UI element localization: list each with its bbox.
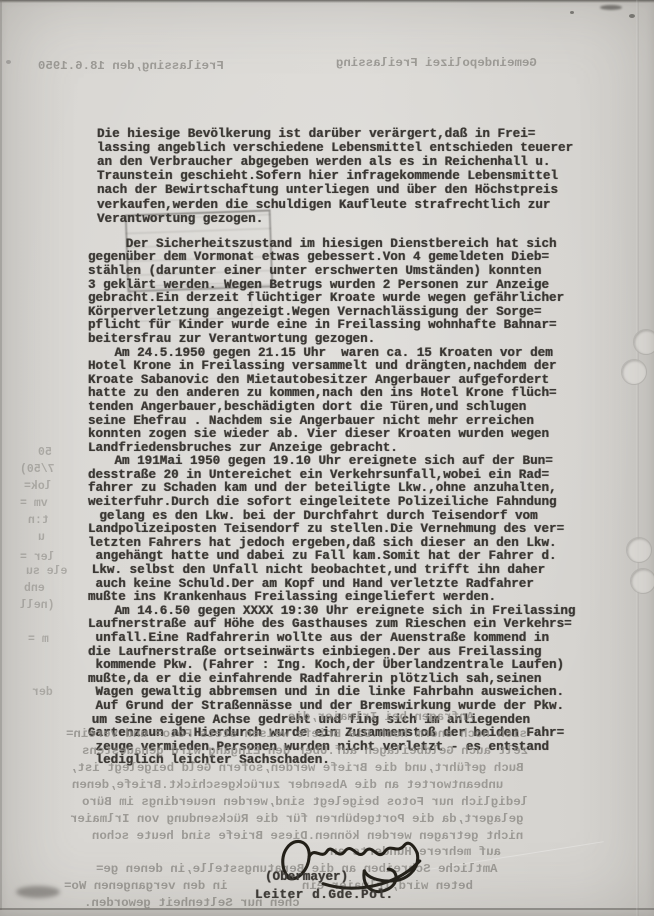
bleedthrough-fragment: u	[38, 531, 45, 544]
typed-line: beitersfrau zur Verantwortung gezogen.	[88, 333, 575, 347]
ink-smudge	[16, 886, 60, 898]
bleedthrough-fragment: t:n	[28, 514, 49, 527]
bleedthrough-line: Buch geführt,und die Briefe werden,sofer…	[70, 761, 524, 775]
bleedthrough-fragment: enb	[24, 582, 45, 595]
typed-line: an den Verbraucher abgegeben werden als …	[97, 155, 573, 169]
bleedthrough-fragment: m =	[28, 633, 49, 646]
typed-line: angehängt hatte und dabei zu Fall kam.So…	[88, 550, 575, 564]
typed-line: gebracht.Ein derzeit flüchtiger Kroate w…	[88, 292, 575, 306]
signature-title-typed: Leiter d.Gde.Pol.	[255, 888, 394, 902]
typed-line: tenden Angerbauer,beschädigten dort die …	[88, 401, 575, 415]
typed-line: mußte ins Krankenhaus Freilassing eingel…	[88, 591, 575, 605]
paper-crease-vertical	[636, 0, 639, 916]
punch-hole	[633, 329, 654, 355]
typed-line: Hotel Krone in Freilassing versammelt un…	[88, 360, 575, 374]
typed-line: lassing angeblich verschiedene Lebensmit…	[97, 141, 573, 155]
bleedthrough-office-line: Gemeindepolizei Freilassing	[336, 56, 537, 70]
bleedthrough-fragment: 50	[38, 446, 52, 459]
ink-speck	[600, 5, 622, 10]
typed-line: hatte zu den anderen zu kommen,nach den …	[88, 387, 575, 401]
bleedthrough-line: gelagert,da die Portgebühren für die Rüc…	[70, 812, 524, 826]
typed-line: Lkw. selbst den Unfall nicht beobachtet,…	[88, 564, 575, 578]
typed-line: Landpolizeiposten Teisendorf zu stellen.…	[88, 523, 575, 537]
scan-edge-bottom-strip	[0, 910, 654, 916]
scan-edge-top	[0, 0, 654, 3]
bleedthrough-line: unbeantwortet an die Absender zurückgesc…	[72, 778, 503, 792]
bleedthrough-line: Anfragen bei Irlmaier,die	[288, 710, 474, 724]
typed-line: stählen (darunter einer unter erschwerte…	[88, 265, 575, 279]
typed-line: Am 191Mai 1950 gegen 19.10 Uhr ereignete…	[88, 455, 575, 469]
bleedthrough-fragment: 7/50)	[20, 463, 55, 476]
typed-line: Traunstein geschieht.Sofern hier infrage…	[97, 169, 573, 183]
bleedthrough-fragment: vm =	[20, 497, 48, 510]
bleedthrough-line: lediglich nur Fotos beigelegt sind,werde…	[82, 795, 528, 809]
typed-line: gegenüber dem Vormonat etwas gebessert.V…	[88, 251, 575, 265]
bleedthrough-fragment: ele su	[26, 565, 67, 578]
ink-speck	[570, 11, 574, 14]
typed-line: pflicht für Kinder wurde eine in Freilas…	[88, 319, 575, 333]
scan-edge-left	[0, 0, 2, 916]
punch-hole	[626, 537, 652, 563]
bleedthrough-fragment: (nell	[20, 599, 55, 612]
signature-name-typed: (Obermayer)	[265, 870, 348, 884]
bleedthrough-fragment: ler =	[20, 551, 55, 564]
report-block: Der Sicherheitszustand im hiesigen Diens…	[88, 197, 575, 768]
typed-line: Wagen gewaltig abbremsen und in die link…	[88, 686, 575, 700]
ink-speck	[629, 14, 635, 18]
bleedthrough-date-line: Freilassing,den 18.6.1950	[38, 59, 224, 73]
ink-speck	[6, 60, 11, 64]
typed-line: nach der Bewirtschaftung unterliegen und…	[97, 183, 573, 197]
typed-line: unfall.Eine Radfahrerin wollte aus der A…	[88, 632, 575, 646]
bleedthrough-fragment: der	[32, 686, 53, 699]
typed-line: kommende Pkw. (Fahrer : Ing. Koch,der Üb…	[88, 659, 575, 673]
typed-line: Laufnerstraße auf Höhe des Gasthauses zu…	[88, 618, 575, 632]
punch-hole	[621, 359, 647, 385]
punch-hole	[630, 568, 654, 594]
bleedthrough-line: zelt auch Geldbeilagen auf.Über den Eing…	[82, 744, 528, 758]
scanned-document-page: Freilassing,den 18.6.1950 Gemeindepolize…	[0, 0, 654, 916]
bleedthrough-fragment: lok=	[24, 480, 52, 493]
typed-line: Die hiesige Bevölkerung ist darüber verä…	[97, 127, 573, 141]
typed-line: konnten zogen sie wieder ab. Vier dieser…	[88, 428, 575, 442]
typed-line: weiterfuhr.Durch die sofort eingeleitete…	[88, 496, 575, 510]
bleedthrough-line: sich noch enorm hoch.Die Briefe weisen s…	[66, 727, 527, 741]
